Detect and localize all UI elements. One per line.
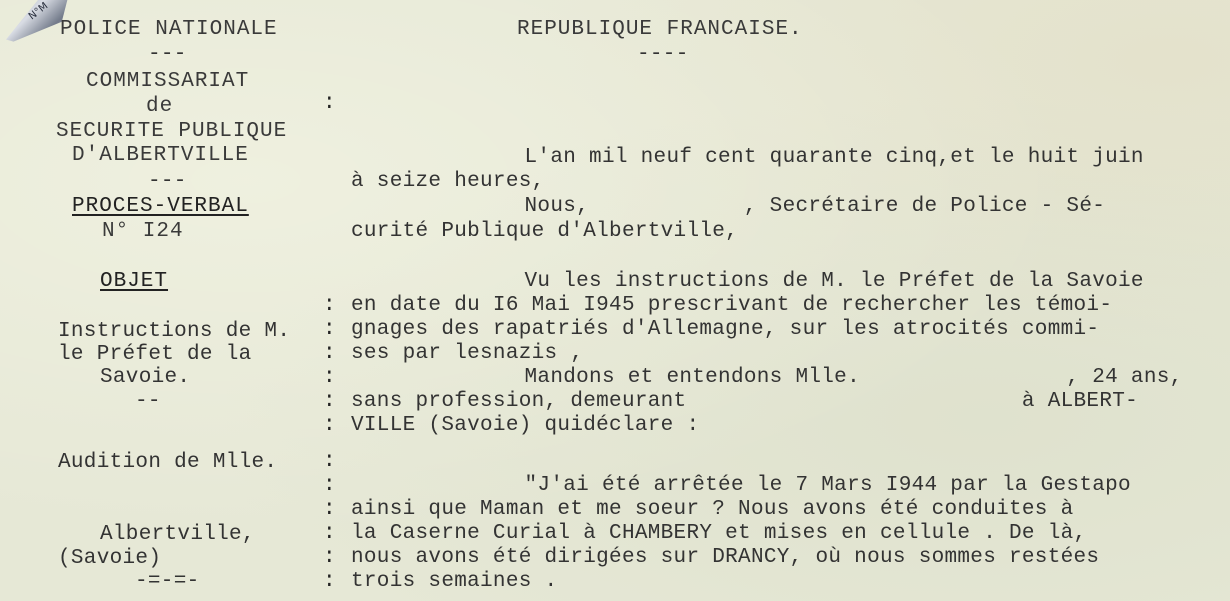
body-line: ses par lesnazis ,	[351, 342, 583, 366]
object-line-3: Savoie.	[100, 366, 190, 390]
hearing-label: Audition de Mlle.	[58, 451, 277, 475]
body-line: à seize heures,	[351, 170, 545, 194]
body-line: "J'ai été arrêtée le 7 Mars I944 par la …	[331, 474, 1131, 498]
margin-colon: :	[323, 570, 336, 593]
margin-colon: :	[323, 450, 336, 473]
object-line-1: Instructions de M.	[58, 320, 290, 344]
body-line: gnages des rapatriés d'Allemagne, sur le…	[351, 318, 1099, 342]
body-line: ainsi que Maman et me soeur ? Nous avons…	[351, 498, 1074, 522]
body-line: nous avons été dirigées sur DRANCY, où n…	[351, 546, 1099, 570]
body-line: sans profession, demeurant à ALBERT-	[351, 390, 1138, 414]
place-line-1: Albertville,	[100, 523, 255, 547]
object-heading: OBJET	[100, 270, 168, 294]
margin-colon: :	[323, 522, 336, 545]
left-rule-3: --	[135, 390, 161, 414]
paper-clip: N°M	[6, 0, 68, 46]
right-rule: ----	[637, 43, 689, 67]
body-line: Mandons et entendons Mlle. , 24 ans,	[331, 366, 1183, 390]
left-rule-2: ---	[148, 170, 187, 194]
margin-colon: :	[323, 390, 336, 413]
margin-colon: :	[323, 342, 336, 365]
office-line-4: D'ALBERTVILLE	[72, 144, 249, 168]
left-header-title: POLICE NATIONALE	[60, 18, 278, 42]
margin-colon: :	[323, 318, 336, 341]
body-line: en date du I6 Mai I945 prescrivant de re…	[351, 294, 1112, 318]
doc-type: PROCES-VERBAL	[72, 195, 249, 219]
office-line-3: SECURITE PUBLIQUE	[56, 120, 287, 144]
margin-colon: :	[323, 414, 336, 437]
margin-colon: :	[323, 294, 336, 317]
body-line: VILLE (Savoie) quidéclare :	[351, 414, 699, 438]
office-line-1: COMMISSARIAT	[86, 70, 249, 94]
left-rule-1: ---	[148, 43, 187, 67]
body-line: la Caserne Curial à CHAMBERY et mises en…	[351, 522, 1086, 546]
margin-colon: :	[323, 546, 336, 569]
body-line: Vu les instructions de M. le Préfet de l…	[331, 270, 1144, 294]
doc-number: N° I24	[102, 220, 184, 244]
body-line: curité Publique d'Albertville,	[351, 220, 738, 244]
body-line: L'an mil neuf cent quarante cinq,et le h…	[331, 146, 1144, 170]
margin-colon: :	[323, 92, 336, 115]
office-line-2: de	[146, 95, 173, 119]
clip-label: N°M	[27, 1, 50, 23]
right-header-title: REPUBLIQUE FRANCAISE.	[517, 18, 803, 42]
end-rule: -=-=-	[135, 570, 200, 594]
place-line-2: (Savoie)	[58, 547, 161, 571]
margin-colon: :	[323, 498, 336, 521]
body-line: Nous, , Secrétaire de Police - Sé-	[331, 195, 1105, 219]
body-line: trois semaines .	[351, 570, 557, 594]
object-line-2: le Préfet de la	[58, 343, 252, 367]
